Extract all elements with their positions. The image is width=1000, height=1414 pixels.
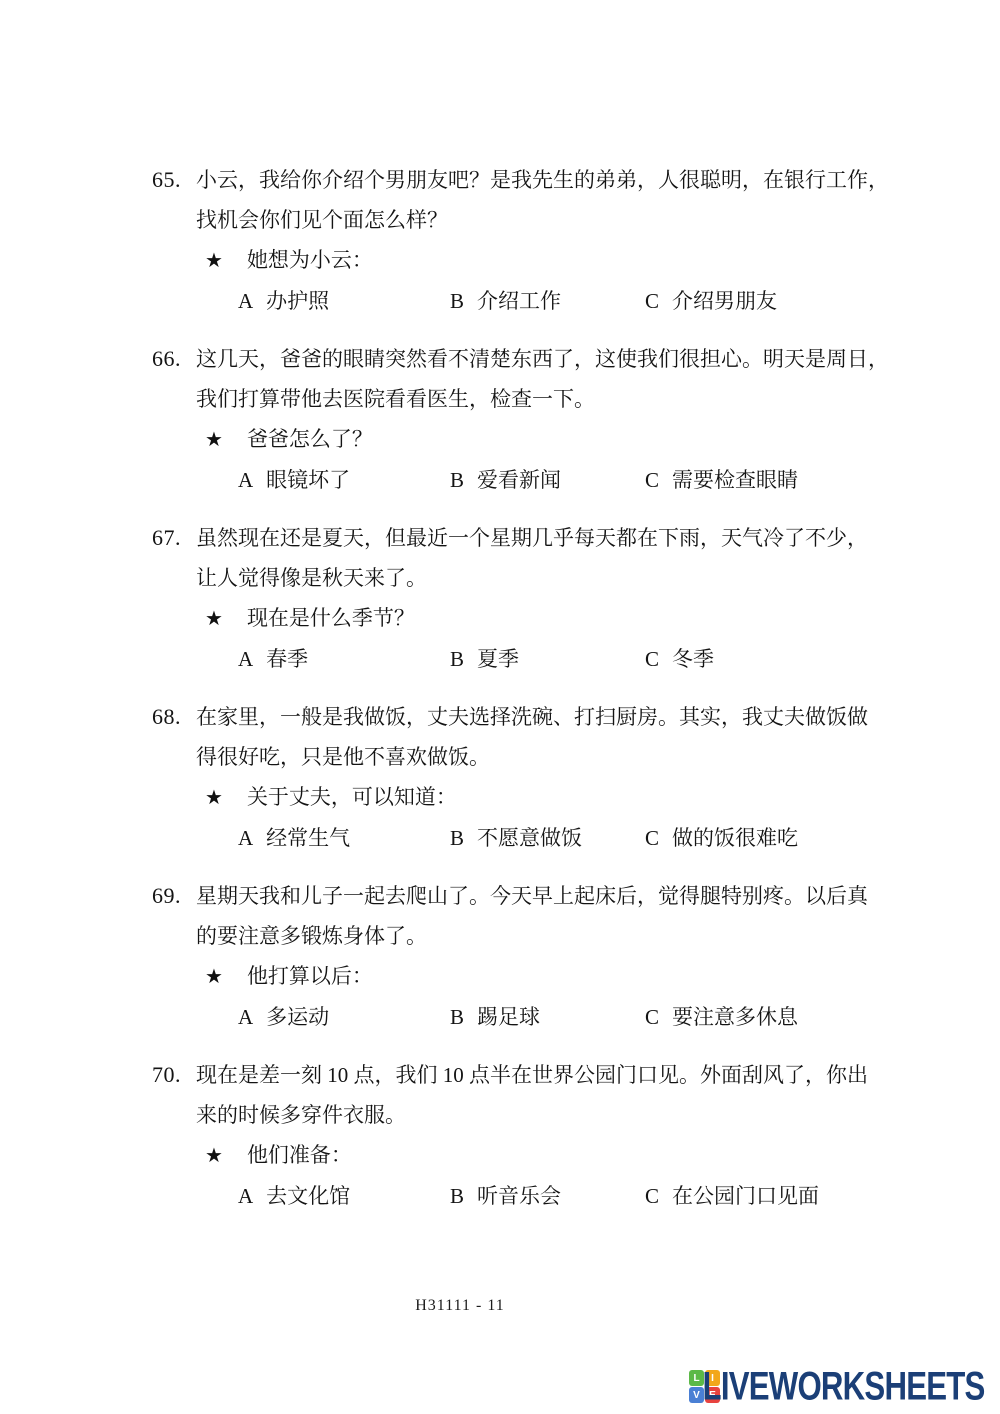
star-icon: ★ xyxy=(205,957,223,997)
option-c-letter: C xyxy=(645,281,659,321)
option-c-letter: C xyxy=(645,460,659,500)
option-a-letter: A xyxy=(238,818,253,858)
question-star-prompt: ★ 她想为小云： xyxy=(152,240,900,281)
question-second-line: 我们打算带他去医院看看医生，检查一下。 xyxy=(152,379,900,419)
option-c-letter: C xyxy=(645,639,659,679)
question-block: 67. 虽然现在还是夏天，但最近一个星期几乎每天都在下雨，天气冷了不少， 让人觉… xyxy=(152,518,900,679)
star-prompt-text: 关于丈夫，可以知道： xyxy=(247,777,457,817)
option-b-letter: B xyxy=(450,818,464,858)
question-text-line2: 让人觉得像是秋天来了。 xyxy=(196,558,427,598)
question-options: A 眼镜坏了 B 爱看新闻 C 需要检查眼睛 xyxy=(152,460,900,500)
question-star-prompt: ★ 他们准备： xyxy=(152,1135,900,1176)
option-a-letter: A xyxy=(238,997,253,1037)
option-b-letter: B xyxy=(450,1176,464,1216)
option-b-text: 踢足球 xyxy=(477,997,540,1037)
option-c-letter: C xyxy=(645,818,659,858)
question-first-line: 67. 虽然现在还是夏天，但最近一个星期几乎每天都在下雨，天气冷了不少， xyxy=(152,518,900,558)
question-options: A 去文化馆 B 听音乐会 C 在公园门口见面 xyxy=(152,1176,900,1216)
option-b[interactable]: B 爱看新闻 xyxy=(450,460,645,500)
question-text-line2: 得很好吃，只是他不喜欢做饭。 xyxy=(196,737,490,777)
question-star-prompt: ★ 现在是什么季节？ xyxy=(152,598,900,639)
question-number: 70. xyxy=(152,1055,196,1095)
question-first-line: 66. 这几天，爸爸的眼睛突然看不清楚东西了，这使我们很担心。明天是周日， xyxy=(152,339,900,379)
option-b-letter: B xyxy=(450,639,464,679)
option-c-text: 介绍男朋友 xyxy=(672,281,777,321)
option-a[interactable]: A 去文化馆 xyxy=(238,1176,450,1216)
question-text-line1: 在家里，一般是我做饭，丈夫选择洗碗、打扫厨房。其实，我丈夫做饭做 xyxy=(196,697,868,737)
worksheet-page: { "icons": { "star": "★" }, "footer": { … xyxy=(0,0,1000,1414)
option-b-letter: B xyxy=(450,460,464,500)
question-options: A 春季 B 夏季 C 冬季 xyxy=(152,639,900,679)
star-icon: ★ xyxy=(205,420,223,460)
star-icon: ★ xyxy=(205,778,223,818)
option-b-letter: B xyxy=(450,281,464,321)
option-c[interactable]: C 介绍男朋友 xyxy=(645,281,900,321)
question-number: 69. xyxy=(152,876,196,916)
question-star-prompt: ★ 爸爸怎么了？ xyxy=(152,419,900,460)
question-block: 70. 现在是差一刻 10 点，我们 10 点半在世界公园门口见。外面刮风了，你… xyxy=(152,1055,900,1216)
option-c[interactable]: C 需要检查眼睛 xyxy=(645,460,900,500)
star-prompt-text: 现在是什么季节？ xyxy=(247,598,415,638)
question-text-line2: 我们打算带他去医院看看医生，检查一下。 xyxy=(196,379,595,419)
question-text-line2: 来的时候多穿件衣服。 xyxy=(196,1095,406,1135)
question-number: 66. xyxy=(152,339,196,379)
question-text-line2: 找机会你们见个面怎么样？ xyxy=(196,200,448,240)
question-second-line: 让人觉得像是秋天来了。 xyxy=(152,558,900,598)
option-a-letter: A xyxy=(238,639,253,679)
option-c-text: 冬季 xyxy=(672,639,714,679)
option-b[interactable]: B 踢足球 xyxy=(450,997,645,1037)
question-first-line: 65. 小云，我给你介绍个男朋友吧？是我先生的弟弟，人很聪明，在银行工作， xyxy=(152,160,900,200)
question-text-line1: 星期天我和儿子一起去爬山了。今天早上起床后，觉得腿特别疼。以后真 xyxy=(196,876,868,916)
option-a[interactable]: A 办护照 xyxy=(238,281,450,321)
option-c-text: 要注意多休息 xyxy=(672,997,798,1037)
question-block: 65. 小云，我给你介绍个男朋友吧？是我先生的弟弟，人很聪明，在银行工作， 找机… xyxy=(152,160,900,321)
question-text-line2: 的要注意多锻炼身体了。 xyxy=(196,916,427,956)
liveworksheets-wordmark: LIVEWORKSHEETS xyxy=(703,1365,985,1410)
option-a-text: 办护照 xyxy=(266,281,329,321)
question-number: 65. xyxy=(152,160,196,200)
star-icon: ★ xyxy=(205,241,223,281)
question-second-line: 来的时候多穿件衣服。 xyxy=(152,1095,900,1135)
question-text-line1: 这几天，爸爸的眼睛突然看不清楚东西了，这使我们很担心。明天是周日， xyxy=(196,339,889,379)
question-list: 65. 小云，我给你介绍个男朋友吧？是我先生的弟弟，人很聪明，在银行工作， 找机… xyxy=(152,160,900,1234)
question-options: A 经常生气 B 不愿意做饭 C 做的饭很难吃 xyxy=(152,818,900,858)
question-first-line: 70. 现在是差一刻 10 点，我们 10 点半在世界公园门口见。外面刮风了，你… xyxy=(152,1055,900,1095)
option-b-letter: B xyxy=(450,997,464,1037)
option-b[interactable]: B 介绍工作 xyxy=(450,281,645,321)
option-a-text: 春季 xyxy=(266,639,308,679)
question-first-line: 69. 星期天我和儿子一起去爬山了。今天早上起床后，觉得腿特别疼。以后真 xyxy=(152,876,900,916)
option-b[interactable]: B 听音乐会 xyxy=(450,1176,645,1216)
question-options: A 多运动 B 踢足球 C 要注意多休息 xyxy=(152,997,900,1037)
question-second-line: 找机会你们见个面怎么样？ xyxy=(152,200,900,240)
option-a-text: 眼镜坏了 xyxy=(266,460,350,500)
question-block: 68. 在家里，一般是我做饭，丈夫选择洗碗、打扫厨房。其实，我丈夫做饭做 得很好… xyxy=(152,697,900,858)
option-a[interactable]: A 经常生气 xyxy=(238,818,450,858)
star-prompt-text: 他打算以后： xyxy=(247,956,373,996)
option-c[interactable]: C 要注意多休息 xyxy=(645,997,900,1037)
option-b-text: 不愿意做饭 xyxy=(477,818,582,858)
question-block: 66. 这几天，爸爸的眼睛突然看不清楚东西了，这使我们很担心。明天是周日， 我们… xyxy=(152,339,900,500)
question-second-line: 得很好吃，只是他不喜欢做饭。 xyxy=(152,737,900,777)
option-c[interactable]: C 冬季 xyxy=(645,639,900,679)
question-star-prompt: ★ 他打算以后： xyxy=(152,956,900,997)
option-a-text: 多运动 xyxy=(266,997,329,1037)
question-number: 68. xyxy=(152,697,196,737)
option-a-letter: A xyxy=(238,460,253,500)
question-star-prompt: ★ 关于丈夫，可以知道： xyxy=(152,777,900,818)
option-a[interactable]: A 多运动 xyxy=(238,997,450,1037)
question-text-line1: 小云，我给你介绍个男朋友吧？是我先生的弟弟，人很聪明，在银行工作， xyxy=(196,160,889,200)
question-options: A 办护照 B 介绍工作 C 介绍男朋友 xyxy=(152,281,900,321)
option-b[interactable]: B 不愿意做饭 xyxy=(450,818,645,858)
star-icon: ★ xyxy=(205,599,223,639)
option-a-text: 经常生气 xyxy=(266,818,350,858)
option-c-text: 在公园门口见面 xyxy=(672,1176,819,1216)
option-b-text: 夏季 xyxy=(477,639,519,679)
option-a[interactable]: A 春季 xyxy=(238,639,450,679)
star-prompt-text: 爸爸怎么了？ xyxy=(247,419,373,459)
question-number: 67. xyxy=(152,518,196,558)
question-second-line: 的要注意多锻炼身体了。 xyxy=(152,916,900,956)
option-c-text: 做的饭很难吃 xyxy=(672,818,798,858)
option-c[interactable]: C 做的饭很难吃 xyxy=(645,818,900,858)
question-text-line1: 虽然现在还是夏天，但最近一个星期几乎每天都在下雨，天气冷了不少， xyxy=(196,518,868,558)
option-c-letter: C xyxy=(645,997,659,1037)
question-text-line1: 现在是差一刻 10 点，我们 10 点半在世界公园门口见。外面刮风了，你出 xyxy=(196,1055,868,1095)
option-b-text: 爱看新闻 xyxy=(477,460,561,500)
option-c-text: 需要检查眼睛 xyxy=(672,460,798,500)
option-b-text: 介绍工作 xyxy=(477,281,561,321)
liveworksheets-logo[interactable]: LIVE LIVEWORKSHEETS xyxy=(689,1366,985,1408)
option-a-letter: A xyxy=(238,1176,253,1216)
option-a-letter: A xyxy=(238,281,253,321)
star-prompt-text: 他们准备： xyxy=(247,1135,352,1175)
document-page: 65. 小云，我给你介绍个男朋友吧？是我先生的弟弟，人很聪明，在银行工作， 找机… xyxy=(0,0,1000,1414)
option-b-text: 听音乐会 xyxy=(477,1176,561,1216)
page-footer-code: H31111 - 11 xyxy=(0,1297,920,1315)
star-prompt-text: 她想为小云： xyxy=(247,240,373,280)
option-c-letter: C xyxy=(645,1176,659,1216)
question-block: 69. 星期天我和儿子一起去爬山了。今天早上起床后，觉得腿特别疼。以后真 的要注… xyxy=(152,876,900,1037)
option-c[interactable]: C 在公园门口见面 xyxy=(645,1176,900,1216)
star-icon: ★ xyxy=(205,1136,223,1176)
option-a-text: 去文化馆 xyxy=(266,1176,350,1216)
option-b[interactable]: B 夏季 xyxy=(450,639,645,679)
option-a[interactable]: A 眼镜坏了 xyxy=(238,460,450,500)
question-first-line: 68. 在家里，一般是我做饭，丈夫选择洗碗、打扫厨房。其实，我丈夫做饭做 xyxy=(152,697,900,737)
